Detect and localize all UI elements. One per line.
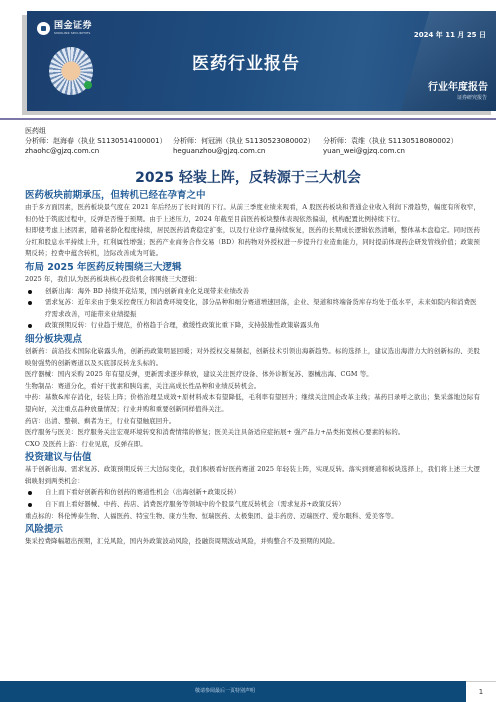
bullet-icon: [25, 499, 45, 511]
bullet-text: 创新出海：海外 BD 持续开花结果，国内创新商业化兑现带来业绩改善: [45, 286, 480, 298]
key-picks: 重点标的：科伦博泰生物、人福医药、特宝生物、康方生物、恒瑞医药、太极集团、益丰药…: [25, 511, 480, 523]
section-heading-outlook: 医药板块前期承压，但转机已经在孕育之中: [25, 189, 480, 202]
analyst-3-email[interactable]: yuan_wei@gjzq.com.cn: [323, 146, 471, 156]
subsector-line: CXO 及医药上游：行业见底，反弹在即。: [25, 439, 480, 451]
report-type: 行业年度报告: [428, 78, 488, 93]
section-heading-investment: 投资建议与估值: [25, 451, 480, 464]
bullet-item: 自下而上看好器械、中药、药店、消费医疗服务等领域中的个股景气度反转机会（需求复苏…: [25, 499, 480, 511]
bullet-item: 自上而下看好创新药和仿创药的赛道性机会（出海创新+政策反转）: [25, 487, 480, 499]
bullet-icon: [25, 487, 45, 499]
subsector-line: 药店：出清、整顿、剩者为王，行业有望触底回升。: [25, 416, 480, 428]
bullet-icon: [25, 286, 45, 298]
analyst-1-line: 分析师：赵海春（执业 S1130514100001）: [25, 136, 173, 146]
analyst-2-line: 分析师：何冠洲（执业 S1130523080002）: [173, 136, 323, 146]
bullet-text: 自上而下看好创新药和仿创药的赛道性机会（出海创新+政策反转）: [45, 487, 480, 499]
report-subtype: 证券研究报告: [457, 94, 487, 101]
analyst-3: 分析师：袁维（执业 S1130518080002） yuan_wei@gjzq.…: [323, 136, 471, 156]
bullet-item: 政策预期反转：行业趋于规范，价格趋于合理，救缓性政策比重下降，支持鼓励性政策崭露…: [25, 320, 480, 332]
header-divider: [0, 118, 496, 120]
subsector-line: 生物制品：赛道分化，看好干扰素和胰岛素，关注高成长性品种和业绩反转机会。: [25, 381, 480, 393]
wechat-badge-icon: [84, 81, 92, 89]
paragraph: 基于创新出海、需求复苏、政策预期反转三大边际变化，我们积极看好医药赛道 2025…: [25, 464, 480, 487]
report-body: 医药板块前期承压，但转机已经在孕育之中 由于多方面因素，医药板块景气度在 202…: [25, 188, 480, 548]
paragraph: 集采控费降幅超出预期，汇兑风险，国内外政策波动风险，投融资周期波动风险，并购整合…: [25, 536, 480, 548]
report-title: 医药行业报告: [192, 49, 300, 74]
paragraph: 但即使考虑上述因素，随着老龄化程度持续，居民医药消费稳定扩张，以及行业诊疗量持续…: [25, 225, 480, 260]
analyst-2-email[interactable]: heguanzhou@gjzq.com.cn: [173, 146, 323, 156]
bullet-icon: [25, 297, 45, 320]
bullet-text: 政策预期反转：行业趋于规范，价格趋于合理，救缓性政策比重下降，支持鼓励性政策崭露…: [45, 320, 480, 332]
analyst-1: 分析师：赵海春（执业 S1130514100001） zhaohc@gjzq.c…: [25, 136, 173, 156]
bullet-item: 需求复苏：近年来由于集采控费压力和消费环境变化，部分品种和细分赛道增速回落，企业…: [25, 297, 480, 320]
report-banner: 国金证券 SINOLINK SECURITIES 医药行业报告 2024 年 1…: [27, 11, 496, 111]
analyst-1-email[interactable]: zhaohc@gjzq.com.cn: [25, 146, 173, 156]
section-heading-risk: 风险提示: [25, 523, 480, 536]
bullet-text: 需求复苏：近年来由于集采控费压力和消费环境变化，部分品种和细分赛道增速回落，企业…: [45, 297, 480, 320]
section-heading-logic: 布局 2025 年医药反转围绕三大逻辑: [25, 261, 480, 274]
main-title: 2025 轻装上阵，反转源于三大机会: [0, 167, 496, 187]
analyst-2: 分析师：何冠洲（执业 S1130523080002） heguanzhou@gj…: [173, 136, 323, 156]
logo-cn: 国金证券: [54, 21, 92, 31]
subsector-line: 中药：基数&库存消化，轻装上阵；价格治理呈成效+原材料成本有望降低，毛利率有望回…: [25, 392, 480, 415]
subsector-line: 医疗服务与医美：医疗服务关注宏观环境转变和消费情绪的修复；医美关注具备适应症拓展…: [25, 427, 480, 439]
subsector-line: 创新药：前沿技术国际化崭露头角，创新药政策明显回暖；对外授权交易频起，创新技术引…: [25, 346, 480, 369]
bullet-item: 创新出海：海外 BD 持续开花结果，国内创新商业化兑现带来业绩改善: [25, 286, 480, 298]
analyst-3-line: 分析师：袁维（执业 S1130518080002）: [323, 136, 471, 146]
report-date: 2024 年 11 月 25 日: [414, 30, 486, 40]
paragraph: 由于多方面因素，医药板块景气度在 2021 年后经历了长时间的下行。从前三季度业…: [25, 202, 480, 225]
subsector-line: 医疗器械：国内采购 2025 年有望反弹，更新需求逐步释放，建议关注医疗设备、体…: [25, 369, 480, 381]
logo-mark-icon: [37, 22, 50, 35]
logo-en: SINOLINK SECURITIES: [54, 31, 92, 35]
footer-disclaimer: 敬请参阅最后一页特别声明: [195, 687, 255, 694]
company-logo: 国金证券 SINOLINK SECURITIES: [37, 21, 92, 35]
section-heading-subsectors: 细分板块观点: [25, 333, 480, 346]
bullet-text: 自下而上看好器械、中药、药店、消费医疗服务等领域中的个股景气度反转机会（需求复苏…: [45, 499, 480, 511]
page-number: 1: [466, 681, 496, 702]
footer-bar: 敬请参阅最后一页特别声明: [0, 681, 466, 702]
paragraph: 2025 年，我们认为医药板块核心投资机会将围绕三大逻辑：: [25, 274, 480, 286]
bullet-icon: [25, 320, 45, 332]
analyst-block: 医药组 分析师：赵海春（执业 S1130514100001） zhaohc@gj…: [25, 126, 471, 156]
analyst-group: 医药组: [25, 126, 471, 136]
